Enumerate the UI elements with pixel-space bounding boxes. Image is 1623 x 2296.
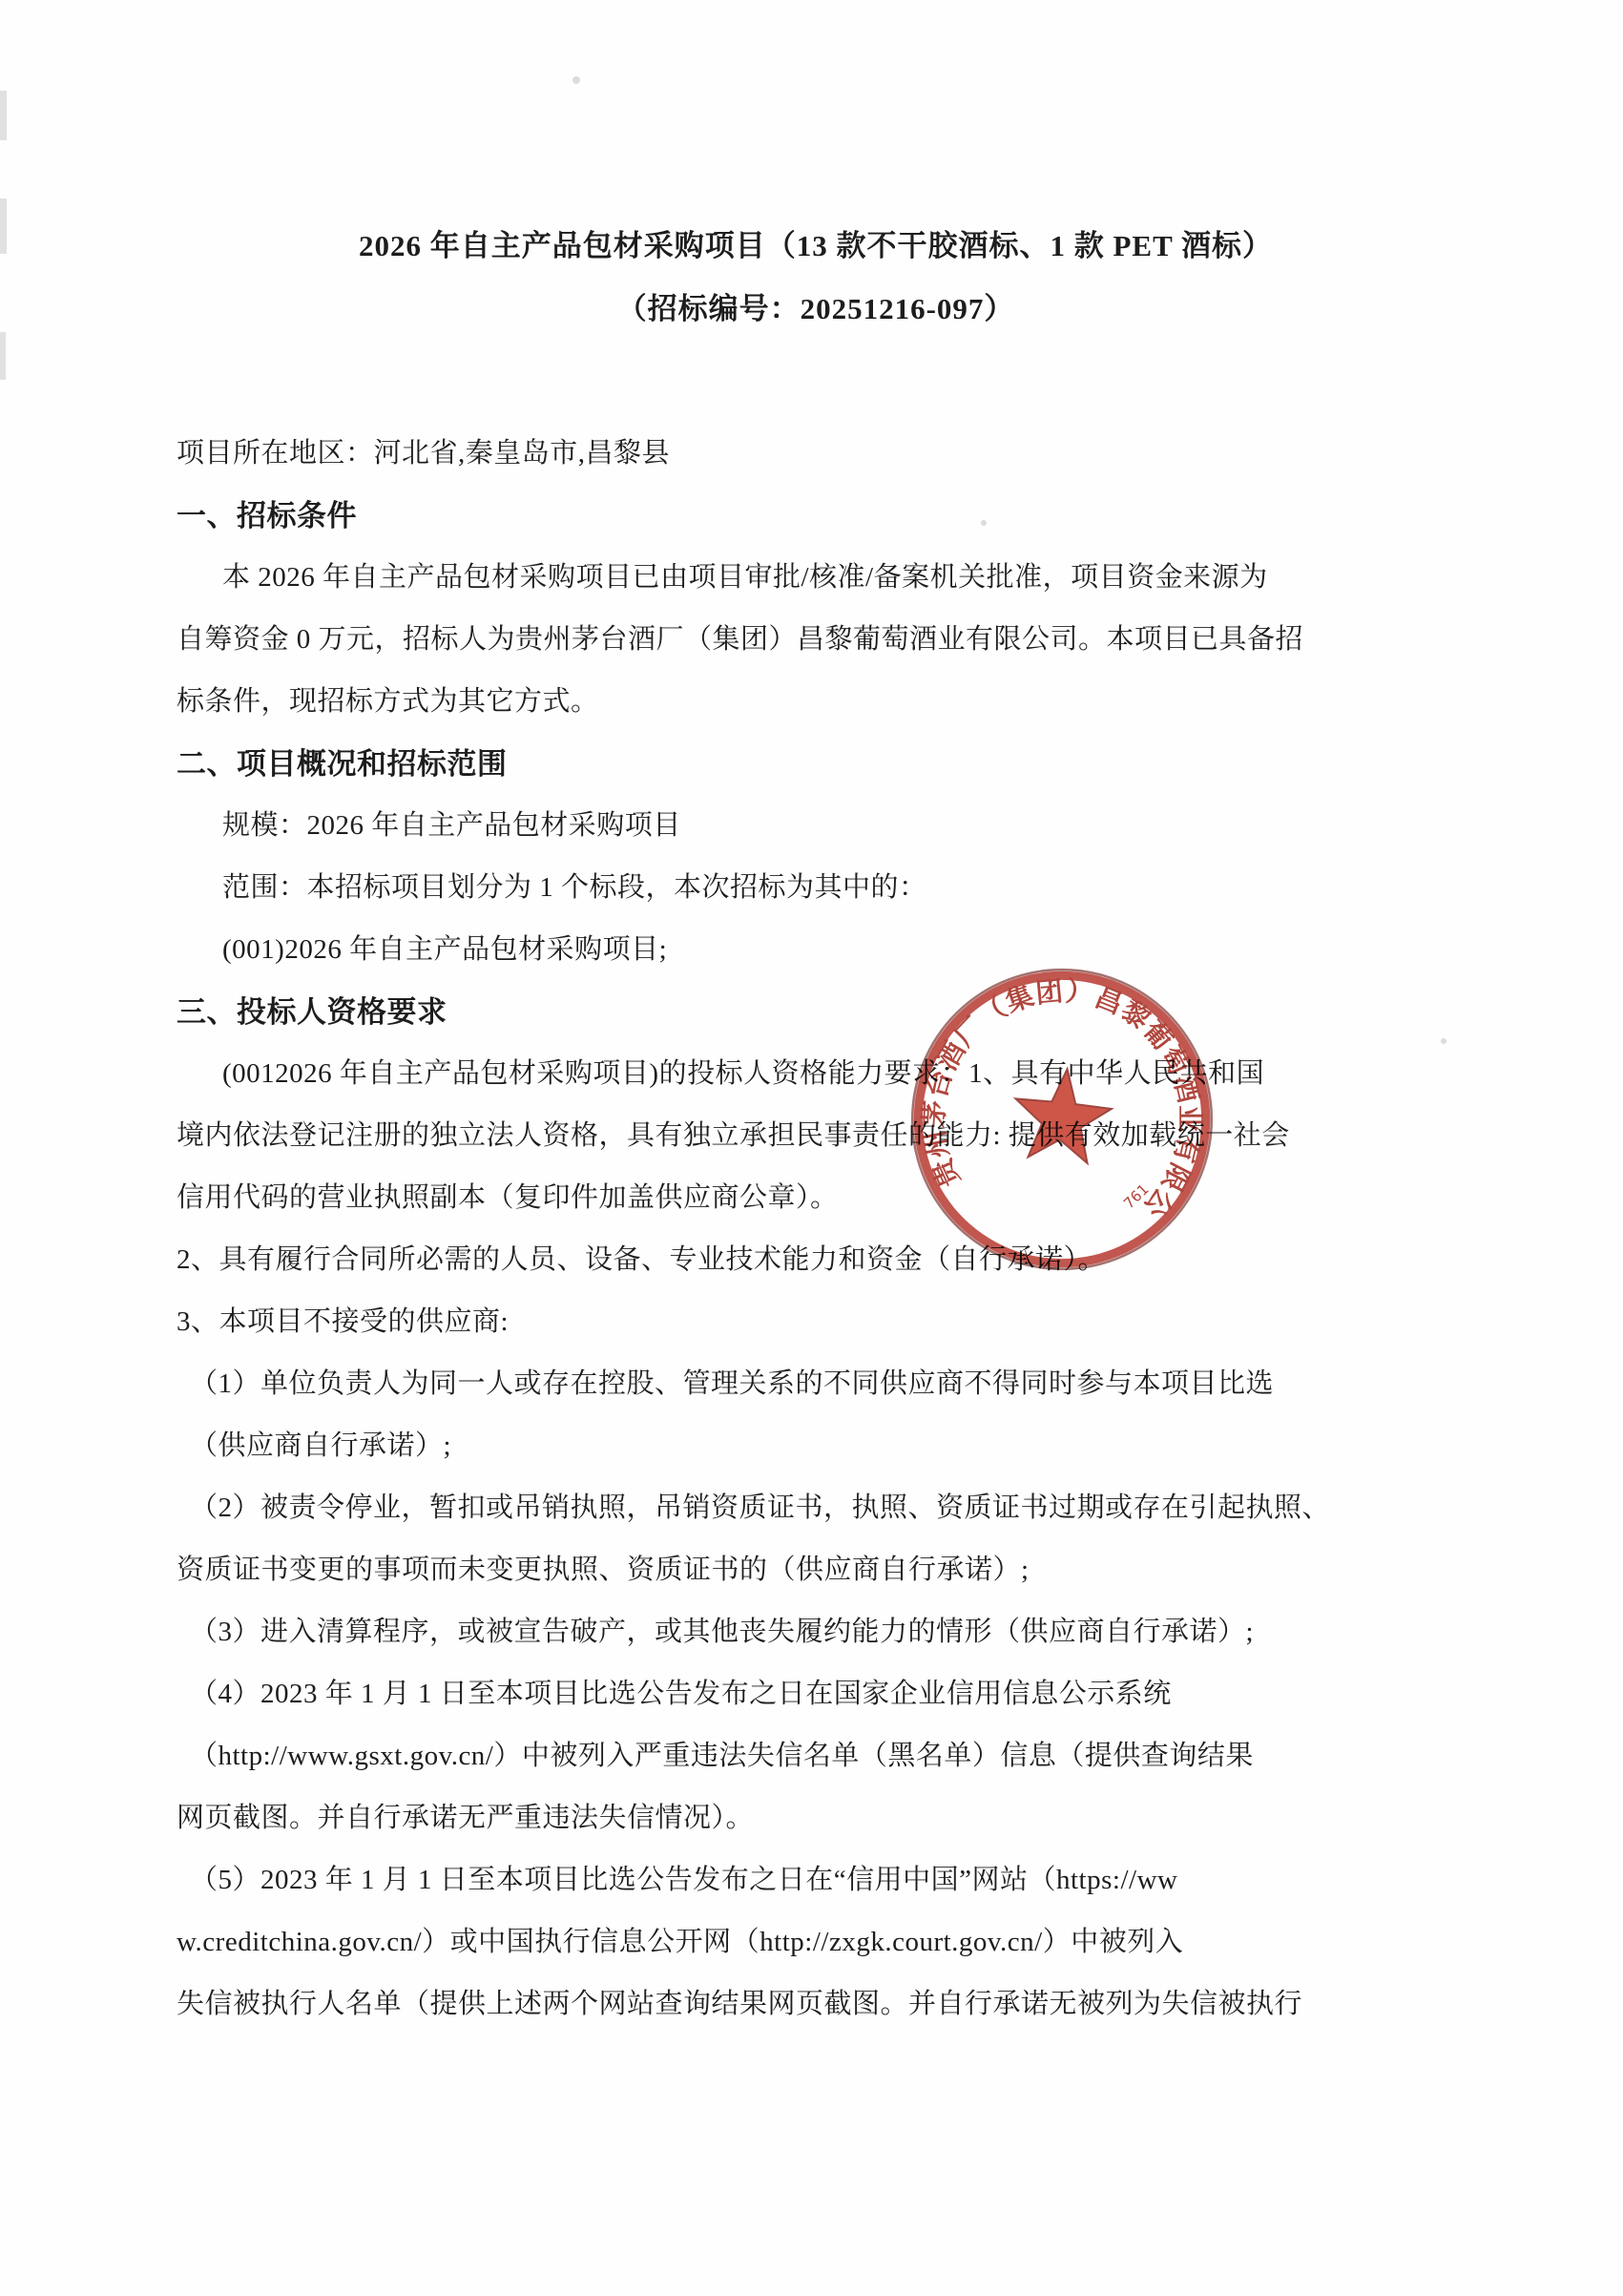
exclusion-item-line: （1）单位负责人为同一人或存在控股、管理关系的不同供应商不得同时参与本项目比选 bbox=[177, 1353, 1455, 1415]
exclusion-item-line: （4）2023 年 1 月 1 日至本项目比选公告发布之日在国家企业信用信息公示… bbox=[177, 1663, 1455, 1725]
exclusion-item-line: w.creditchina.gov.cn/）或中国执行信息公开网（http://… bbox=[177, 1911, 1455, 1973]
exclusion-item-line: 失信被执行人名单（提供上述两个网站查询结果网页截图。并自行承诺无被列为失信被执行 bbox=[177, 1973, 1455, 2035]
qualification-line: 信用代码的营业执照副本（复印件加盖供应商公章）。 bbox=[177, 1167, 1455, 1229]
scan-artifact bbox=[0, 91, 7, 140]
star-icon bbox=[1009, 1064, 1114, 1165]
requirement-3-line: 3、本项目不接受的供应商: bbox=[177, 1291, 1455, 1353]
scan-artifact bbox=[0, 332, 6, 380]
scan-artifact bbox=[572, 76, 580, 84]
seal-company-text: 贵州茅台酒厂（集团）昌黎葡萄酒业有限公司 bbox=[885, 943, 1224, 1227]
project-scale-line: 规模：2026 年自主产品包材采购项目 bbox=[177, 795, 1455, 857]
section-1-paragraph-line: 标条件，现招标方式为其它方式。 bbox=[177, 671, 1455, 733]
exclusion-item-line: 网页截图。并自行承诺无严重违法失信情况）。 bbox=[177, 1787, 1455, 1849]
document-title: 2026 年自主产品包材采购项目（13 款不干胶酒标、1 款 PET 酒标） bbox=[177, 215, 1455, 278]
exclusion-item-line: （供应商自行承诺）; bbox=[177, 1415, 1455, 1477]
section-1-paragraph-line: 本 2026 年自主产品包材采购项目已由项目审批/核准/备案机关批准，项目资金来… bbox=[177, 547, 1455, 609]
document-content: 2026 年自主产品包材采购项目（13 款不干胶酒标、1 款 PET 酒标） （… bbox=[177, 215, 1455, 2035]
qualification-line: 境内依法登记注册的独立法人资格，具有独立承担民事责任的能力: 提供有效加载统一社… bbox=[177, 1105, 1455, 1167]
exclusion-item-line: （5）2023 年 1 月 1 日至本项目比选公告发布之日在“信用中国”网站（h… bbox=[177, 1849, 1455, 1911]
tender-number: （招标编号：20251216-097） bbox=[177, 278, 1455, 341]
section-3-heading: 三、投标人资格要求 bbox=[177, 981, 1455, 1043]
requirement-2-line: 2、具有履行合同所必需的人员、设备、专业技术能力和资金（自行承诺）。 bbox=[177, 1229, 1455, 1291]
scan-artifact bbox=[0, 198, 7, 254]
document-page: 2026 年自主产品包材采购项目（13 款不干胶酒标、1 款 PET 酒标） （… bbox=[0, 0, 1623, 2296]
exclusion-item-line: （http://www.gsxt.gov.cn/）中被列入严重违法失信名单（黑名… bbox=[177, 1725, 1455, 1787]
section-2-heading: 二、项目概况和招标范围 bbox=[177, 733, 1455, 795]
exclusion-item-line: （3）进入清算程序，或被宣告破产，或其他丧失履约能力的情形（供应商自行承诺）; bbox=[177, 1601, 1455, 1663]
lot-line: (001)2026 年自主产品包材采购项目; bbox=[177, 919, 1455, 981]
company-seal: 贵州茅台酒厂（集团）昌黎葡萄酒业有限公司 761 bbox=[885, 943, 1238, 1295]
project-scope-line: 范围：本招标项目划分为 1 个标段，本次招标为其中的： bbox=[177, 857, 1455, 919]
section-1-heading: 一、招标条件 bbox=[177, 485, 1455, 547]
project-location-line: 项目所在地区：河北省,秦皇岛市,昌黎县 bbox=[177, 423, 1455, 485]
exclusion-item-line: （2）被责令停业，暂扣或吊销执照，吊销资质证书，执照、资质证书过期或存在引起执照… bbox=[177, 1477, 1455, 1539]
qualification-line: (0012026 年自主产品包材采购项目)的投标人资格能力要求：1、具有中华人民… bbox=[177, 1043, 1455, 1105]
exclusion-item-line: 资质证书变更的事项而未变更执照、资质证书的（供应商自行承诺）; bbox=[177, 1539, 1455, 1601]
section-1-paragraph-line: 自筹资金 0 万元，招标人为贵州茅台酒厂（集团）昌黎葡萄酒业有限公司。本项目已具… bbox=[177, 609, 1455, 671]
